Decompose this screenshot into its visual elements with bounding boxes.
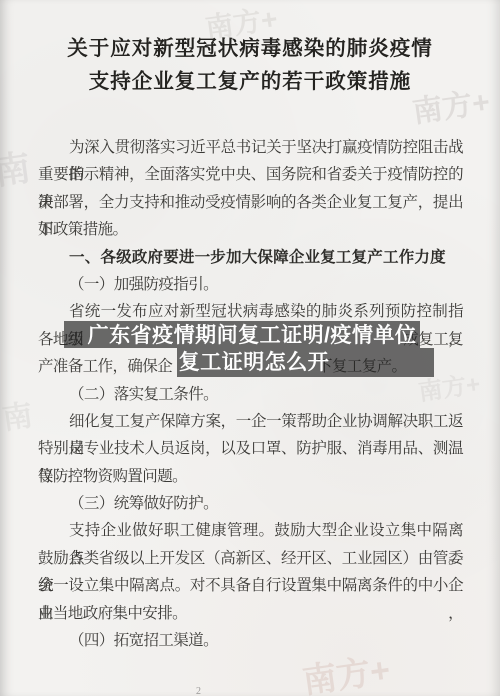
- body-line: 细化复工复产保障方案，一企一策帮助企业协调解决职工返岗: [38, 408, 463, 435]
- caption-text-line-2: 复工证明怎么开: [84, 350, 424, 376]
- body-line: （一）加强防疫指引。: [38, 271, 463, 298]
- nanfang-plus-watermark: 南: [0, 390, 35, 438]
- page-number: 2: [196, 686, 201, 696]
- body-line: 一、各级政府要进一步加大保障企业复工复产工作力度: [38, 244, 463, 271]
- body-line: 下政策措施。: [38, 216, 463, 243]
- document-title: 关于应对新型冠状病毒感染的肺炎疫情 支持企业复工复产的若干政策措施: [0, 33, 500, 98]
- body-line: 由当地政府集中安排。: [38, 600, 463, 627]
- body-line: （三）统筹做好防护。: [38, 490, 463, 517]
- body-line: 为深入贯彻落实习近平总书记关于坚决打赢疫情防控阻击战的: [38, 134, 463, 161]
- body-line: 重要指示精神，全面落实党中央、国务院和省委关于疫情防控的决: [38, 161, 463, 188]
- body-line: 统一设立集中隔离点。对不具备自行设置集中隔离条件的中小企业，: [38, 572, 463, 599]
- document-page: 南方+南方+南南南方+南方+ 关于应对新型冠状病毒感染的肺炎疫情 支持企业复工复…: [0, 0, 500, 696]
- body-line: 支持企业做好职工健康管理。鼓励大型企业设立集中隔离点。: [38, 517, 463, 544]
- body-line: 鼓励各类省级以上开发区（高新区、经开区、工业园区）由管委会: [38, 545, 463, 572]
- body-line: 特别是专业技术人员返岗，以及口罩、防护服、消毒用品、测温仪: [38, 435, 463, 462]
- body-line: 等防控物资购置问题。: [38, 463, 463, 490]
- body-line: （四）拓宽招工渠道。: [38, 627, 463, 654]
- document-body: 为深入贯彻落实习近平总书记关于坚决打赢疫情防控阻击战的重要指示精神，全面落实党中…: [38, 134, 463, 654]
- title-line-2: 支持企业复工复产的若干政策措施: [0, 66, 500, 99]
- body-line: （二）落实复工条件。: [38, 381, 463, 408]
- body-line: 策部署，全力支持和推动受疫情影响的各类企业复工复产，提出如: [38, 189, 463, 216]
- caption-text-line-1: 广东省疫情期间复工证明/疫情单位: [74, 323, 430, 348]
- nanfang-plus-watermark: 南: [0, 140, 33, 196]
- title-line-1: 关于应对新型冠状病毒感染的肺炎疫情: [0, 33, 500, 66]
